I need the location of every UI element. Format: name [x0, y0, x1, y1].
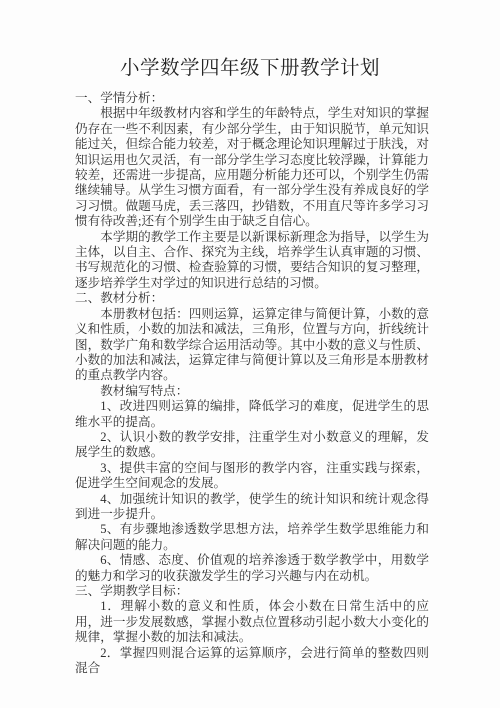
paragraph: 本学期的教学工作主要是以新课标新理念为指导，以学生为主体，以自主、合作、探究为主…: [75, 230, 429, 292]
list-item: 1．理解小数的意义和性质，体会小数在日常生活中的应用，进一步发展数感，掌握小数点…: [75, 599, 429, 645]
list-item: 2．掌握四则混合运算的运算顺序，会进行简单的整数四则混合: [75, 646, 429, 677]
paragraph: 本册教材包括：四则运算，运算定律与简便计算，小数的意义和性质，小数的加法和减法，…: [75, 307, 429, 384]
section-heading: 三、学期教学目标：: [75, 584, 429, 599]
list-item: 2、认识小数的教学安排，注重学生对小数意义的理解，发展学生的数感。: [75, 430, 429, 461]
section-heading: 一、学情分析：: [75, 91, 429, 106]
paragraph: 教材编写特点：: [75, 384, 429, 399]
list-item: 6、情感、态度、价值观的培养渗透于数学教学中，用数学的魅力和学习的收获激发学生的…: [75, 553, 429, 584]
list-item: 5、有步骤地渗透数学思想方法，培养学生数学思维能力和解决问题的能力。: [75, 522, 429, 553]
paragraph: 根据中年级教材内容和学生的年龄特点，学生对知识的掌握仍存在一些不利因素，有少部分…: [75, 106, 429, 229]
document-page: 小学数学四年级下册教学计划 一、学情分析： 根据中年级教材内容和学生的年龄特点，…: [0, 0, 500, 708]
list-item: 3、提供丰富的空间与图形的教学内容，注重实践与探索，促进学生空间观念的发展。: [75, 461, 429, 492]
section-heading: 二、教材分析：: [75, 291, 429, 306]
list-item: 4、加强统计知识的教学，使学生的统计知识和统计观念得到进一步提升。: [75, 492, 429, 523]
document-title: 小学数学四年级下册教学计划: [0, 57, 500, 81]
list-item: 1、改进四则运算的编排，降低学习的难度，促进学生的思维水平的提高。: [75, 399, 429, 430]
document-body: 一、学情分析： 根据中年级教材内容和学生的年龄特点，学生对知识的掌握仍存在一些不…: [75, 91, 429, 676]
